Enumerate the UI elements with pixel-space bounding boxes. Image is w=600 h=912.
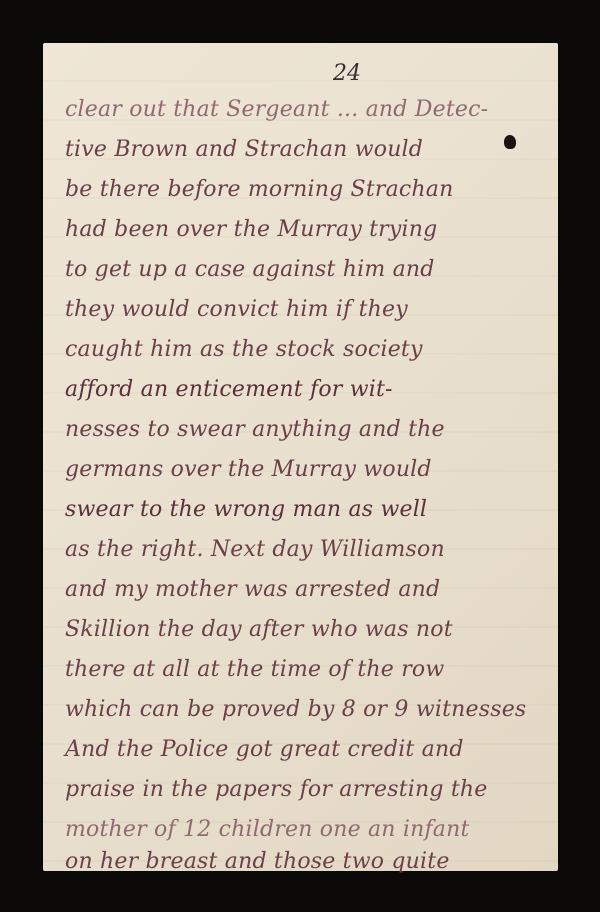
- text-line: they would convict him if they: [65, 295, 545, 325]
- manuscript-page: 24 clear out that Sergeant ... and Detec…: [43, 43, 558, 871]
- text-line: on her breast and those two quite: [65, 847, 545, 877]
- text-line: afford an enticement for wit-: [65, 375, 545, 405]
- text-line: be there before morning Strachan: [65, 175, 545, 205]
- text-line: germans over the Murray would: [65, 455, 545, 485]
- text-line: tive Brown and Strachan would: [65, 135, 545, 165]
- text-line: to get up a case against him and: [65, 255, 545, 285]
- text-line: which can be proved by 8 or 9 witnesses: [65, 695, 545, 725]
- text-line: there at all at the time of the row: [65, 655, 545, 685]
- text-line: Skillion the day after who was not: [65, 615, 545, 645]
- text-line: praise in the papers for arresting the: [65, 775, 545, 805]
- text-line: And the Police got great credit and: [65, 735, 545, 765]
- text-line: nesses to swear anything and the: [65, 415, 545, 445]
- text-line: mother of 12 children one an infant: [65, 815, 545, 845]
- page-number: 24: [333, 61, 361, 86]
- text-line: caught him as the stock society: [65, 335, 545, 365]
- text-line: as the right. Next day Williamson: [65, 535, 545, 565]
- text-line: and my mother was arrested and: [65, 575, 545, 605]
- text-line: had been over the Murray trying: [65, 215, 545, 245]
- text-line: clear out that Sergeant ... and Detec-: [65, 95, 545, 125]
- text-line: swear to the wrong man as well: [65, 495, 545, 525]
